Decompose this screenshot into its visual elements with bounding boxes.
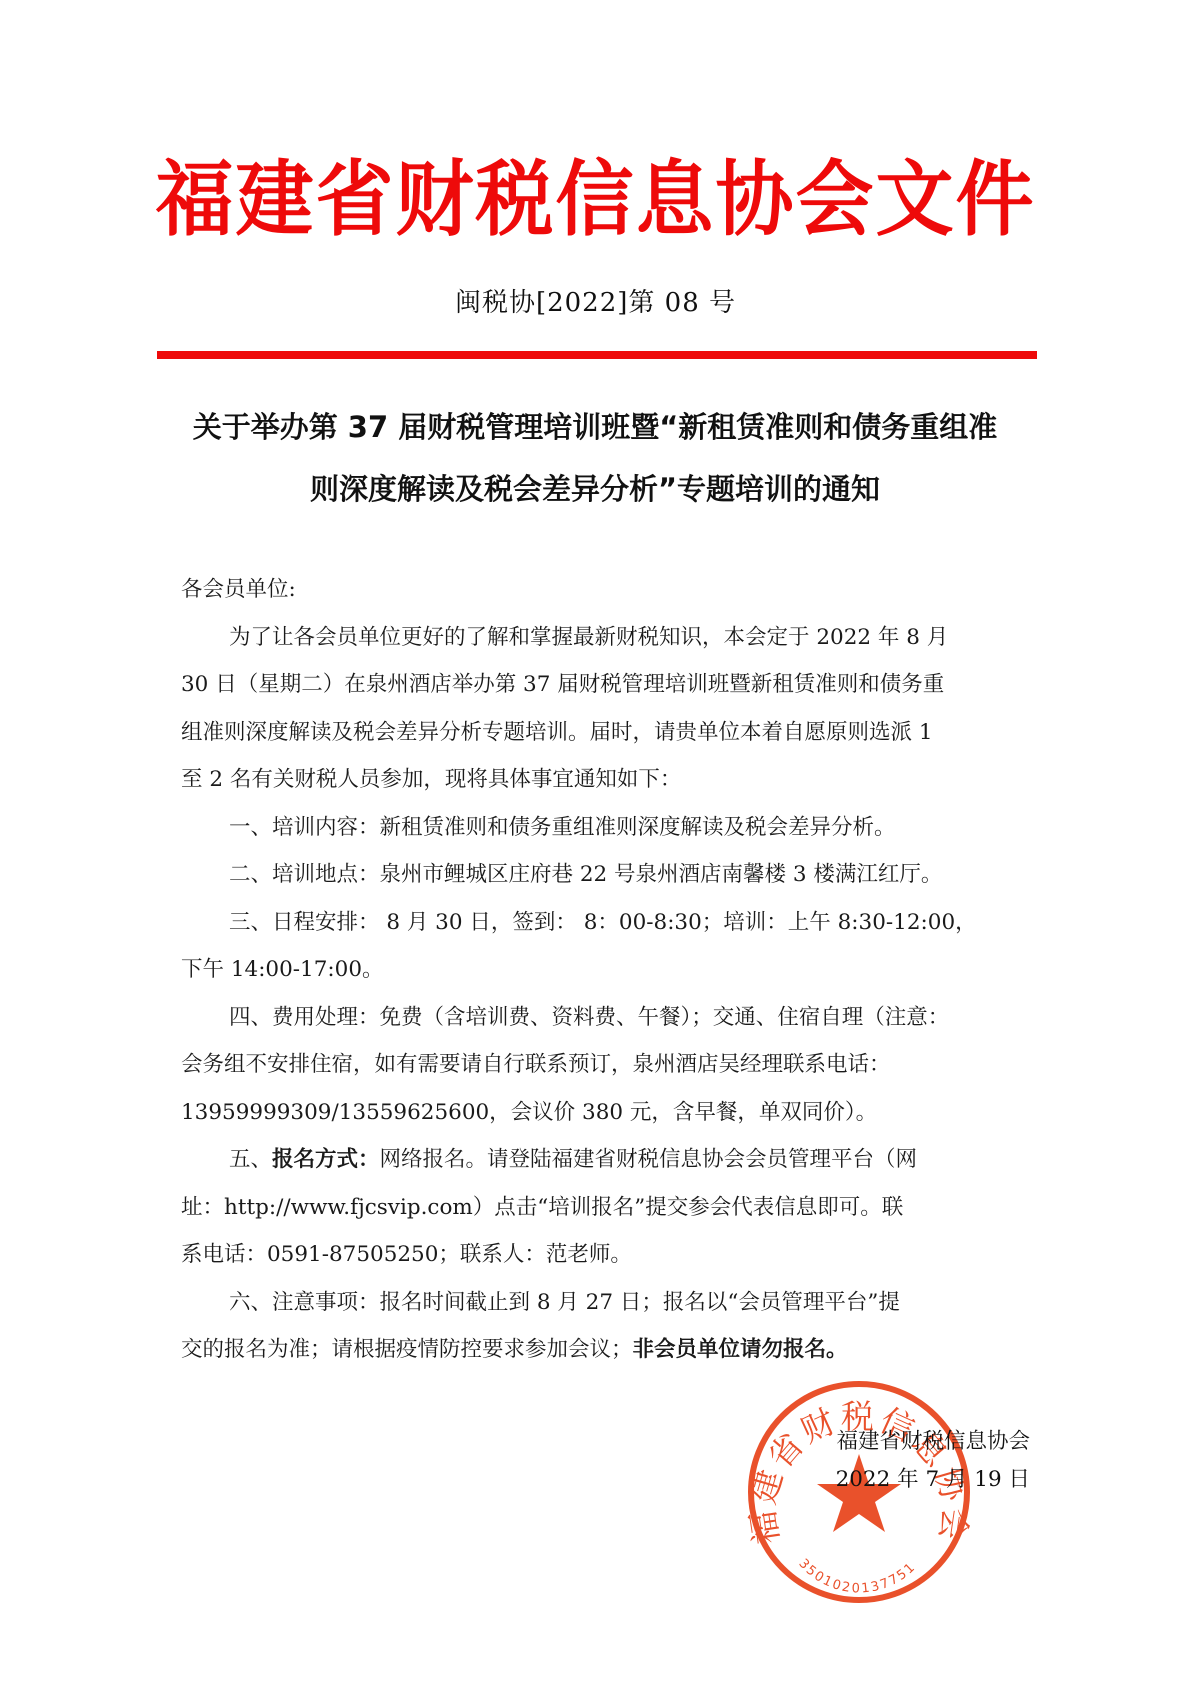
notice-title-line-2: 则深度解读及税会差异分析”专题培训的通知 [140, 458, 1050, 520]
item-registration-line-2[interactable]: 址：http://www.fjcsvip.com）点击“培训报名”提交参会代表信… [181, 1184, 1011, 1232]
item-schedule-line-1: 三、日程安排： 8 月 30 日，签到： 8：00-8:30；培训：上午 8:3… [181, 899, 1011, 947]
document-number: 闽税协[2022]第 08 号 [0, 285, 1191, 321]
item-registration-line-1: 五、报名方式：网络报名。请登陆福建省财税信息协会会员管理平台（网 [181, 1136, 1011, 1184]
item-fees-line-3: 13959999309/13559625600，会议价 380 元，含早餐，单双… [181, 1089, 1011, 1137]
item-registration-prefix: 五、 [229, 1147, 272, 1172]
item-registration-text: 网络报名。请登陆福建省财税信息协会会员管理平台（网 [380, 1147, 918, 1172]
intro-line-4: 至 2 名有关财税人员参加，现将具体事宜通知如下： [181, 756, 1011, 804]
item-registration-label: 报名方式： [272, 1147, 380, 1172]
notice-body: 各会员单位: 为了让各会员单位更好的了解和掌握最新财税知识，本会定于 2022 … [181, 566, 1011, 1374]
signature-organization: 福建省财税信息协会 [790, 1423, 1030, 1461]
document-header-title: 福建省财税信息协会文件 [0, 148, 1191, 253]
item-notes-line-1: 六、注意事项：报名时间截止到 8 月 27 日；报名以“会员管理平台”提 [181, 1279, 1011, 1327]
item-schedule-line-2: 下午 14:00-17:00。 [181, 946, 1011, 994]
salutation: 各会员单位: [181, 566, 1011, 614]
item-notes-warning: 非会员单位请勿报名。 [633, 1337, 848, 1362]
item-fees-line-1: 四、费用处理：免费（含培训费、资料费、午餐）；交通、住宿自理（注意： [181, 994, 1011, 1042]
intro-line-2: 30 日（星期二）在泉州酒店举办第 37 届财税管理培训班暨新租赁准则和债务重 [181, 661, 1011, 709]
notice-title-line-1: 关于举办第 37 届财税管理培训班暨“新租赁准则和债务重组准 [140, 396, 1050, 458]
signature-block: 福建省财税信息协会 2022 年 7 月 19 日 [790, 1423, 1030, 1499]
item-registration-line-3: 系电话：0591-87505250；联系人：范老师。 [181, 1231, 1011, 1279]
document-page: 福建省财税信息协会文件 闽税协[2022]第 08 号 关于举办第 37 届财税… [0, 0, 1191, 1684]
item-notes-text: 交的报名为准；请根据疫情防控要求参加会议； [181, 1337, 633, 1362]
notice-title: 关于举办第 37 届财税管理培训班暨“新租赁准则和债务重组准 则深度解读及税会差… [140, 396, 1050, 520]
item-training-content: 一、培训内容：新租赁准则和债务重组准则深度解读及税会差异分析。 [181, 804, 1011, 852]
intro-line-1: 为了让各会员单位更好的了解和掌握最新财税知识，本会定于 2022 年 8 月 [181, 614, 1011, 662]
item-fees-line-2: 会务组不安排住宿，如有需要请自行联系预订，泉州酒店吴经理联系电话： [181, 1041, 1011, 1089]
signature-date: 2022 年 7 月 19 日 [790, 1461, 1030, 1499]
item-notes-line-2: 交的报名为准；请根据疫情防控要求参加会议；非会员单位请勿报名。 [181, 1326, 1011, 1374]
item-training-location: 二、培训地点：泉州市鲤城区庄府巷 22 号泉州酒店南馨楼 3 楼满江红厅。 [181, 851, 1011, 899]
red-divider-rule [157, 351, 1037, 359]
intro-line-3: 组准则深度解读及税会差异分析专题培训。届时，请贵单位本着自愿原则选派 1 [181, 709, 1011, 757]
